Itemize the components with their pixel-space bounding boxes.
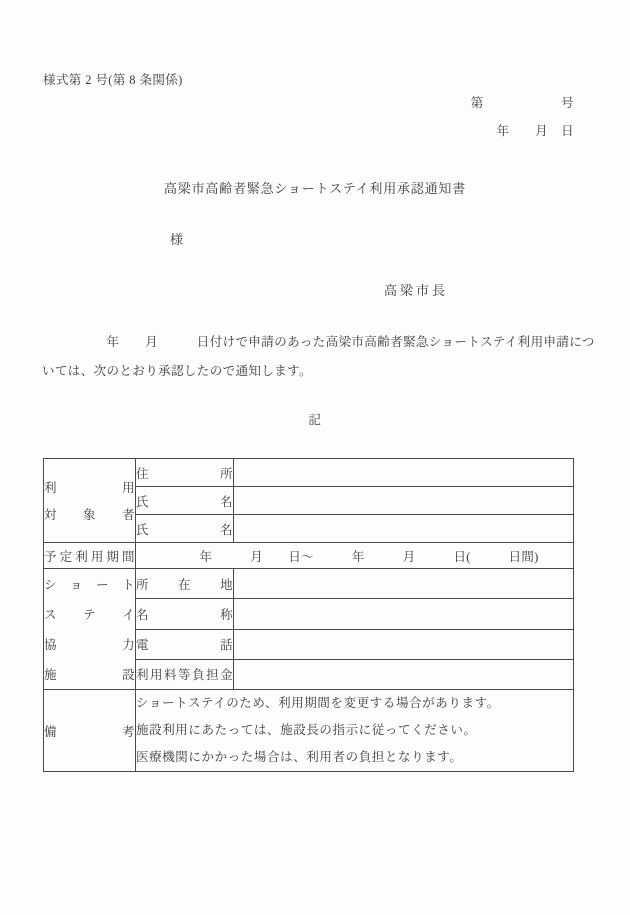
name2-value-cell <box>234 515 574 543</box>
location-value-cell <box>234 569 574 599</box>
body-line-1: 年 月 日付けで申請のあった高梁市高齢者緊急ショートステイ利用申請につ <box>42 332 595 350</box>
facility-name-label: 名称 <box>136 605 233 623</box>
fee-label: 利用料等負担金 <box>136 665 233 683</box>
remarks-label-cell: 備考 <box>44 690 136 772</box>
address-label-cell: 住所 <box>136 459 234 487</box>
period-label-cell: 予定利用期間 <box>44 543 136 569</box>
phone-label: 電話 <box>136 635 233 653</box>
document-page: 様式第 2 号(第 8 条関係) 第 号 年 月 日 高梁市高齢者緊急ショートス… <box>0 0 630 915</box>
remarks-line-2: 施設利用にあたっては、施設長の指示に従ってください。 <box>136 717 573 744</box>
doc-number: 第 号 <box>471 93 574 111</box>
facility-label-line4: 施設 <box>44 659 135 689</box>
name1-value-cell <box>234 487 574 515</box>
target-person-label-line1: 利用 <box>44 474 135 501</box>
address-label: 住所 <box>136 464 233 482</box>
remarks-label: 備考 <box>44 722 135 740</box>
body-line-2: いては、次のとおり承認したので通知します。 <box>42 361 312 379</box>
facility-name-value-cell <box>234 599 574 629</box>
period-label: 予定利用期間 <box>44 547 135 565</box>
fee-value-cell <box>234 659 574 689</box>
name1-label: 氏名 <box>136 492 233 510</box>
phone-value-cell <box>234 629 574 659</box>
facility-label-line3: 協力 <box>44 629 135 659</box>
remarks-line-1: ショートステイのため、利用期間を変更する場合があります。 <box>136 690 573 717</box>
addressee-suffix: 様 <box>170 229 183 248</box>
phone-label-cell: 電話 <box>136 629 234 659</box>
name2-label: 氏名 <box>136 520 233 538</box>
record-marker: 記 <box>0 410 630 428</box>
page-title: 高梁市高齢者緊急ショートステイ利用承認通知書 <box>0 178 630 197</box>
facility-label-line2: ステイ <box>44 599 135 629</box>
period-value-cell: 年 月 日～ 年 月 日( 日間) <box>136 543 574 569</box>
issue-date: 年 月 日 <box>497 121 574 139</box>
location-label: 所在地 <box>136 575 233 593</box>
target-person-label-cell: 利用 対象者 <box>44 459 136 543</box>
form-code: 様式第 2 号(第 8 条関係) <box>43 70 183 88</box>
name1-label-cell: 氏名 <box>136 487 234 515</box>
facility-label-cell: ショート ステイ 協力 施設 <box>44 569 136 690</box>
facility-name-label-cell: 名称 <box>136 599 234 629</box>
address-value-cell <box>234 459 574 487</box>
name2-label-cell: 氏名 <box>136 515 234 543</box>
fee-label-cell: 利用料等負担金 <box>136 659 234 689</box>
sender-name: 高梁市長 <box>384 280 448 299</box>
facility-label-line1: ショート <box>44 569 135 599</box>
target-person-label-line2: 対象者 <box>44 501 135 528</box>
remarks-content-cell: ショートステイのため、利用期間を変更する場合があります。 施設利用にあたっては、… <box>136 690 574 772</box>
remarks-line-3: 医療機関にかかった場合は、利用者の負担となります。 <box>136 744 573 771</box>
approval-table: 利用 対象者 住所 氏名 氏名 予定利用期間 <box>43 458 574 772</box>
location-label-cell: 所在地 <box>136 569 234 599</box>
